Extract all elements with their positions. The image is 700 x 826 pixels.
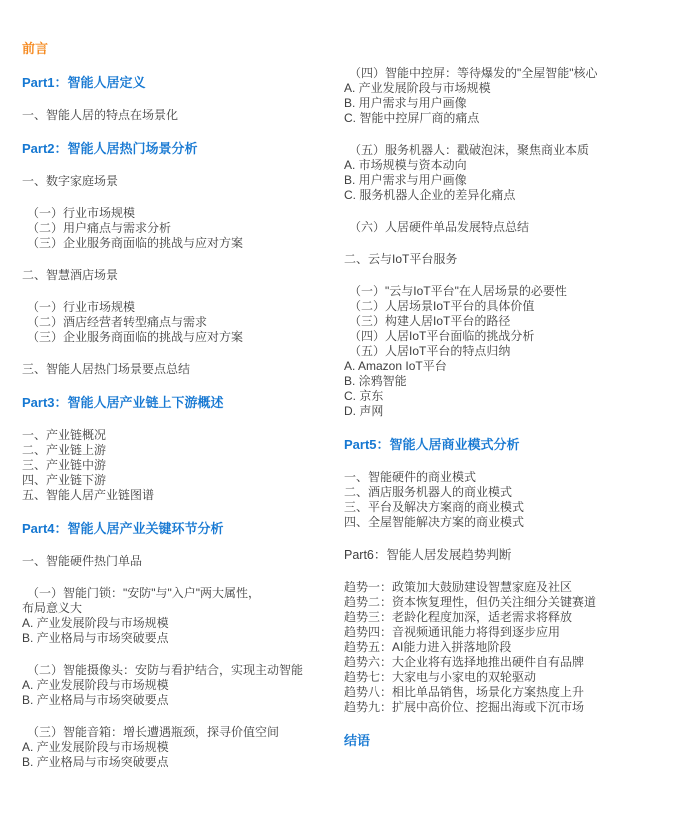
toc-entry: B. 产业格局与市场突破要点 [22, 755, 338, 770]
toc-entry: 趋势五：AI能力进入拼落地阶段 [344, 640, 694, 655]
toc-entry: 二、酒店服务机器人的商业模式 [344, 485, 694, 500]
section-heading-part1: Part1：智能人居定义 [22, 74, 338, 91]
toc-entry: （一）行业市场规模 [22, 300, 338, 315]
toc-entry: （五）人居IoT平台的特点归纳 [344, 344, 694, 359]
toc-entry: D. 声网 [344, 404, 694, 419]
toc-entry: （一）行业市场规模 [22, 206, 338, 221]
toc-entry: （三）构建人居IoT平台的路径 [344, 314, 694, 329]
toc-entry: （二）用户痛点与需求分析 [22, 221, 338, 236]
toc-entry: 一、智能硬件的商业模式 [344, 470, 694, 485]
section-heading-part2: Part2：智能人居热门场景分析 [22, 140, 338, 157]
toc-entry: 四、产业链下游 [22, 473, 338, 488]
toc-entry: A. 产业发展阶段与市场规模 [344, 81, 694, 96]
toc-entry: （一）智能门锁："安防"与"入户"两大属性， 布局意义大 [22, 586, 338, 616]
toc-entry: 四、全屋智能解决方案的商业模式 [344, 515, 694, 530]
toc-entry: A. Amazon IoT平台 [344, 359, 694, 374]
toc-entry: C. 服务机器人企业的差异化痛点 [344, 188, 694, 203]
toc-entry: 趋势三：老龄化程度加深，适老需求将释放 [344, 610, 694, 625]
toc-entry: 趋势七：大家电与小家电的双轮驱动 [344, 670, 694, 685]
toc-entry: 三、智能人居热门场景要点总结 [22, 362, 338, 377]
toc-entry: B. 用户需求与用户画像 [344, 173, 694, 188]
toc-entry: C. 智能中控屏厂商的痛点 [344, 111, 694, 126]
section-heading-part3: Part3：智能人居产业链上下游概述 [22, 394, 338, 411]
toc-columns: 前言 Part1：智能人居定义 一、智能人居的特点在场景化 Part2：智能人居… [0, 0, 700, 787]
toc-entry: 二、产业链上游 [22, 443, 338, 458]
section-heading-part5: Part5：智能人居商业模式分析 [344, 436, 694, 453]
section-heading-preface: 前言 [22, 40, 338, 57]
toc-entry: 一、智能人居的特点在场景化 [22, 108, 338, 123]
toc-entry: 趋势六：大企业将有选择地推出硬件自有品牌 [344, 655, 694, 670]
toc-entry: （五）服务机器人：戳破泡沫，聚焦商业本质 [344, 143, 694, 158]
toc-column-left: 前言 Part1：智能人居定义 一、智能人居的特点在场景化 Part2：智能人居… [22, 40, 338, 787]
toc-entry: 五、智能人居产业链图谱 [22, 488, 338, 503]
toc-entry: A. 产业发展阶段与市场规模 [22, 740, 338, 755]
toc-entry: A. 产业发展阶段与市场规模 [22, 678, 338, 693]
toc-entry: （二）智能摄像头：安防与看护结合，实现主动智能 [22, 663, 338, 678]
section-heading-part4: Part4：智能人居产业关键环节分析 [22, 520, 338, 537]
toc-entry: 一、产业链概况 [22, 428, 338, 443]
toc-entry: C. 京东 [344, 389, 694, 404]
toc-entry: （二）酒店经营者转型痛点与需求 [22, 315, 338, 330]
toc-entry: 二、云与IoT平台服务 [344, 252, 694, 267]
toc-entry: 三、平台及解决方案商的商业模式 [344, 500, 694, 515]
toc-entry: （一）"云与IoT平台"在人居场景的必要性 [344, 284, 694, 299]
toc-entry: 一、智能硬件热门单品 [22, 554, 338, 569]
toc-entry: （三）企业服务商面临的挑战与应对方案 [22, 236, 338, 251]
toc-entry: （四）智能中控屏：等待爆发的"全屋智能"核心 [344, 66, 694, 81]
toc-entry: （二）人居场景IoT平台的具体价值 [344, 299, 694, 314]
section-heading-part6: Part6：智能人居发展趋势判断 [344, 547, 694, 563]
toc-entry: （三）企业服务商面临的挑战与应对方案 [22, 330, 338, 345]
toc-entry: 趋势四：音视频通讯能力将得到逐步应用 [344, 625, 694, 640]
toc-entry: B. 用户需求与用户画像 [344, 96, 694, 111]
toc-entry: 一、数字家庭场景 [22, 174, 338, 189]
toc-entry: 二、智慧酒店场景 [22, 268, 338, 283]
toc-entry: B. 产业格局与市场突破要点 [22, 631, 338, 646]
toc-entry: 趋势八：相比单品销售，场景化方案热度上升 [344, 685, 694, 700]
toc-page: 前言 Part1：智能人居定义 一、智能人居的特点在场景化 Part2：智能人居… [0, 0, 700, 826]
toc-entry: 趋势九：扩展中高价位、挖掘出海或下沉市场 [344, 700, 694, 715]
section-heading-conclusion: 结语 [344, 732, 694, 749]
toc-entry: （四）人居IoT平台面临的挑战分析 [344, 329, 694, 344]
toc-entry: B. 涂鸦智能 [344, 374, 694, 389]
toc-entry: A. 产业发展阶段与市场规模 [22, 616, 338, 631]
toc-entry: 趋势二：资本恢复理性，但仍关注细分关键赛道 [344, 595, 694, 610]
toc-entry: B. 产业格局与市场突破要点 [22, 693, 338, 708]
toc-column-right: （四）智能中控屏：等待爆发的"全屋智能"核心 A. 产业发展阶段与市场规模 B.… [344, 40, 694, 787]
toc-entry: 趋势一：政策加大鼓励建设智慧家庭及社区 [344, 580, 694, 595]
toc-entry: A. 市场规模与资本动向 [344, 158, 694, 173]
toc-entry: （三）智能音箱：增长遭遇瓶颈，探寻价值空间 [22, 725, 338, 740]
toc-entry: （六）人居硬件单品发展特点总结 [344, 220, 694, 235]
toc-entry: 三、产业链中游 [22, 458, 338, 473]
